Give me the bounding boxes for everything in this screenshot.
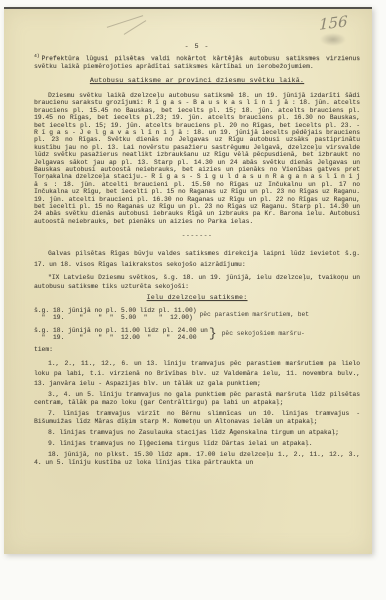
tram-route-item: 8. līnijas tramvajus no Zasulauka stacij…	[34, 429, 360, 437]
section-heading-province: Autobusu satiksme ar provinci dziesmu sv…	[34, 77, 360, 85]
brace-glyph: }	[209, 327, 217, 340]
closing-paragraph: 18. jūnijā, no plkst. 15.30 līdz apm. 17…	[34, 451, 360, 467]
schedule-note: pēc parastiem maršrutiem, bet	[200, 311, 310, 318]
document-paper: 156 - 5 - 4)Prefektūra lūgusi pilsētas v…	[4, 7, 372, 554]
page-number: - 5 -	[34, 43, 360, 50]
document-scan: 156 - 5 - 4)Prefektūra lūgusi pilsētas v…	[0, 0, 386, 600]
dash-separator: -------	[34, 232, 360, 239]
schedule-block-morning: š.g. 18. jūnijā no pl. 5.00 līdz pl. 11.…	[34, 307, 360, 321]
schedule-block-evening: š.g. 18. jūnijā no pl. 11.00 līdz pl. 24…	[34, 327, 360, 341]
footnote-paragraph: 4)Prefektūra lūgusi pilsētas valdi nokār…	[34, 53, 360, 70]
schedule-line: š.g. 18. jūnijā no pl. 5.00 līdz pl. 11.…	[34, 307, 197, 314]
schedule-lines: š.g. 18. jūnijā no pl. 11.00 līdz pl. 24…	[34, 327, 208, 341]
schedule-note-continuation: tiem:	[34, 346, 360, 353]
schedule-note: pēc sekojošiem maršru-	[222, 330, 305, 337]
tram-route-item: 3., 4. un 5. līniju tramvajus no gala pu…	[34, 391, 360, 407]
stamp-smudge	[320, 33, 346, 46]
footnote-text: Prefektūra lūgusi pilsētas valdi nokārto…	[34, 55, 360, 69]
schedule-line: " 19. " " " 5.00 " " 12.00)	[34, 314, 193, 321]
city-intro-paragraph: Galvas pilsētas Rīgas būvju valdes satik…	[34, 248, 360, 270]
tram-route-item: 9. līnijas tramvajus no Iļģeciema tirgus…	[34, 440, 360, 448]
city-quote-paragraph: "IX Latviešu Dziesmu svētkos, š.g. 18. u…	[34, 273, 360, 291]
handwritten-page-number: 156	[319, 12, 348, 34]
section-heading-tram: Ielu dzelzceļu satiksme:	[34, 294, 360, 302]
tram-route-item: 7. līnijas tramvajus virzīt no Bērnu sli…	[34, 410, 360, 426]
province-traffic-paragraph: Dziesmu svētku laikā dzelzceļu autobusu …	[34, 92, 360, 225]
footnote-marker: 4)	[34, 54, 40, 59]
tram-route-item: 1., 2., 11., 12., 6. un 13. līniju tramv…	[34, 359, 360, 388]
schedule-line: š.g. 18. jūnijā no pl. 11.00 līdz pl. 24…	[34, 327, 208, 334]
pencil-mark	[124, 20, 147, 35]
schedule-lines: š.g. 18. jūnijā no pl. 5.00 līdz pl. 11.…	[34, 307, 197, 321]
schedule-line: " 19. " " " 12.00 " " 24.00	[34, 334, 197, 341]
